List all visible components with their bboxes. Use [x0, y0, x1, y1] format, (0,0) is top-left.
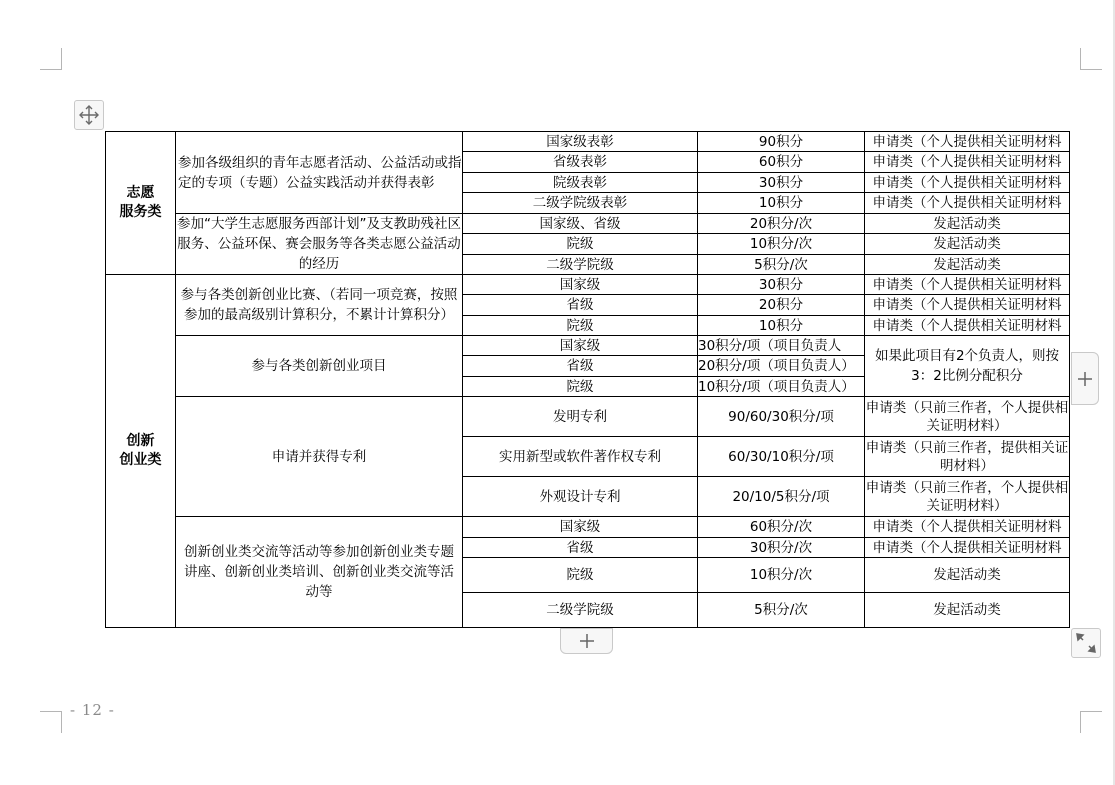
type-cell[interactable]: 申请类（个人提供相关证明材料 [864, 537, 1070, 558]
item-cell[interactable]: 创新创业类交流等活动等参加创新创业类专题讲座、创新创业类培训、创新创业类交流等活… [175, 516, 463, 628]
type-cell[interactable]: 申请类（个人提供相关证明材料 [864, 172, 1070, 193]
item-cell[interactable]: 申请并获得专利 [175, 396, 463, 517]
points-cell[interactable]: 20积分/次 [697, 213, 865, 234]
item-cell[interactable]: 参与各类创新创业项目 [175, 335, 463, 397]
item-text: 参加“大学生志愿服务西部计划”及支教助残社区服务、公益环保、赛会服务等各类志愿公… [176, 214, 462, 274]
type-cell[interactable]: 申请类（只前三作者，个人提供相关证明材料） [864, 476, 1070, 517]
type-cell[interactable]: 申请类（个人提供相关证明材料 [864, 131, 1070, 152]
type-cell[interactable]: 发起活动类 [864, 213, 1070, 234]
level-cell[interactable]: 国家级 [462, 516, 698, 538]
level-cell[interactable]: 院级表彰 [462, 172, 698, 193]
project-note-cell[interactable]: 如果此项目有2个负责人，则按3：2比例分配积分 [864, 335, 1070, 397]
category-cell-volunteer[interactable]: 志愿服务类 [105, 131, 176, 275]
points-cell[interactable]: 10积分/项（项目负责人） [697, 376, 865, 397]
add-row-button[interactable] [560, 628, 613, 654]
level-cell[interactable]: 院级 [462, 233, 698, 255]
level-cell[interactable]: 院级 [462, 315, 698, 336]
level-cell[interactable]: 省级 [462, 294, 698, 316]
margin-corner-top-right [1080, 48, 1102, 70]
category-label: 创新 [120, 432, 162, 451]
points-cell[interactable]: 20积分/项（项目负责人） [697, 355, 865, 377]
margin-corner-bottom-left [40, 711, 62, 733]
document-page: - 12 - 志愿服务类 创新创业类 参加各级组织的青年志愿者活动、公益活动或指… [0, 0, 1115, 785]
move-arrows-icon [78, 104, 100, 126]
category-label: 创业类 [120, 451, 162, 470]
plus-icon [1077, 371, 1093, 387]
points-cell[interactable]: 20/10/5积分/项 [697, 476, 865, 517]
level-cell[interactable]: 省级 [462, 537, 698, 558]
type-cell[interactable]: 发起活动类 [864, 233, 1070, 255]
points-cell[interactable]: 60积分/次 [697, 516, 865, 538]
points-cell[interactable]: 30积分/项（项目负责人 [697, 335, 865, 356]
level-cell[interactable]: 实用新型或软件著作权专利 [462, 436, 698, 477]
item-text: 申请并获得专利 [272, 447, 367, 467]
table-resize-handle[interactable] [1071, 628, 1101, 658]
level-cell[interactable]: 国家级、省级 [462, 213, 698, 234]
level-cell[interactable]: 院级 [462, 557, 698, 593]
item-cell[interactable]: 参加各级组织的青年志愿者活动、公益活动或指定的专项（专题）公益实践活动并获得表彰 [175, 131, 463, 214]
table-move-handle[interactable] [74, 100, 104, 130]
type-cell[interactable]: 申请类（个人提供相关证明材料 [864, 516, 1070, 538]
points-cell[interactable]: 20积分 [697, 294, 865, 316]
type-cell[interactable]: 发起活动类 [864, 557, 1070, 593]
type-cell[interactable]: 申请类（个人提供相关证明材料 [864, 315, 1070, 336]
category-cell-innovation[interactable]: 创新创业类 [105, 274, 176, 628]
category-label: 服务类 [120, 203, 162, 222]
add-column-button[interactable] [1071, 352, 1099, 405]
level-cell[interactable]: 二级学院级表彰 [462, 192, 698, 214]
points-cell[interactable]: 30积分 [697, 172, 865, 193]
level-cell[interactable]: 省级 [462, 355, 698, 377]
item-text: 参加各级组织的青年志愿者活动、公益活动或指定的专项（专题）公益实践活动并获得表彰 [178, 153, 462, 193]
points-cell[interactable]: 30积分/次 [697, 537, 865, 558]
points-cell[interactable]: 10积分/次 [697, 233, 865, 255]
type-cell[interactable]: 申请类（个人提供相关证明材料 [864, 151, 1070, 173]
project-note-text: 如果此项目有2个负责人，则按3：2比例分配积分 [866, 346, 1068, 386]
level-cell[interactable]: 二级学院级 [462, 254, 698, 275]
item-cell[interactable]: 参与各类创新创业比赛、（若同一项竞赛，按照参加的最高级别计算积分，不累计计算积分… [175, 274, 463, 336]
points-cell[interactable]: 30积分 [697, 274, 865, 295]
points-cell[interactable]: 5积分/次 [697, 592, 865, 628]
type-cell[interactable]: 申请类（只前三作者，个人提供相关证明材料） [864, 396, 1070, 437]
points-cell[interactable]: 5积分/次 [697, 254, 865, 275]
item-text: 创新创业类交流等活动等参加创新创业类专题讲座、创新创业类培训、创新创业类交流等活… [182, 542, 456, 602]
level-cell[interactable]: 二级学院级 [462, 592, 698, 628]
level-cell[interactable]: 外观设计专利 [462, 476, 698, 517]
points-cell[interactable]: 10积分 [697, 315, 865, 336]
type-cell[interactable]: 申请类（个人提供相关证明材料 [864, 274, 1070, 295]
level-cell[interactable]: 国家级 [462, 335, 698, 356]
points-cell[interactable]: 10积分 [697, 192, 865, 214]
points-cell[interactable]: 60积分 [697, 151, 865, 173]
type-cell[interactable]: 发起活动类 [864, 592, 1070, 628]
level-cell[interactable]: 发明专利 [462, 396, 698, 437]
category-label: 志愿 [120, 184, 162, 203]
points-cell[interactable]: 90积分 [697, 131, 865, 152]
margin-corner-top-left [40, 48, 62, 70]
type-cell[interactable]: 申请类（个人提供相关证明材料 [864, 294, 1070, 316]
level-cell[interactable]: 省级表彰 [462, 151, 698, 173]
diagonal-resize-icon [1075, 632, 1097, 654]
plus-icon [579, 633, 595, 649]
level-cell[interactable]: 国家级表彰 [462, 131, 698, 152]
level-cell[interactable]: 院级 [462, 376, 698, 397]
level-cell[interactable]: 国家级 [462, 274, 698, 295]
type-cell[interactable]: 申请类（只前三作者，提供相关证明材料） [864, 436, 1070, 477]
points-cell[interactable]: 60/30/10积分/项 [697, 436, 865, 477]
points-cell[interactable]: 90/60/30积分/项 [697, 396, 865, 437]
type-cell[interactable]: 发起活动类 [864, 254, 1070, 275]
points-table: 志愿服务类 创新创业类 参加各级组织的青年志愿者活动、公益活动或指定的专项（专题… [105, 131, 1070, 628]
item-text: 参与各类创新创业项目 [252, 356, 387, 376]
item-text: 参与各类创新创业比赛、（若同一项竞赛，按照参加的最高级别计算积分，不累计计算积分… [176, 285, 462, 325]
points-cell[interactable]: 10积分/次 [697, 557, 865, 593]
page-number: - 12 - [70, 701, 115, 719]
margin-corner-bottom-right [1080, 711, 1102, 733]
type-cell[interactable]: 申请类（个人提供相关证明材料 [864, 192, 1070, 214]
item-cell[interactable]: 参加“大学生志愿服务西部计划”及支教助残社区服务、公益环保、赛会服务等各类志愿公… [175, 213, 463, 275]
